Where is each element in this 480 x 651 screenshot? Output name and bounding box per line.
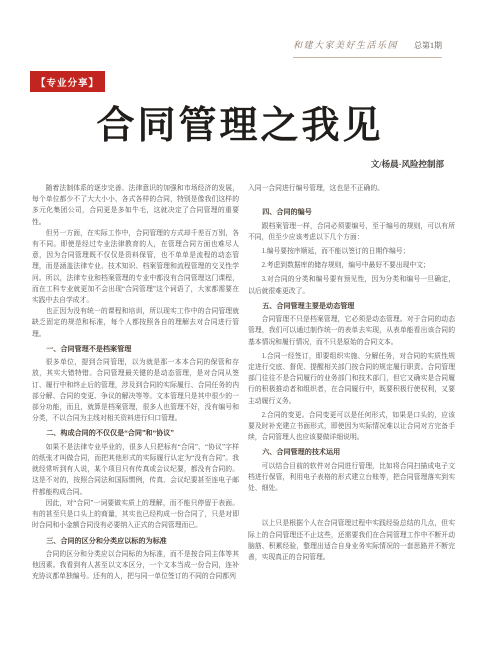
right-column: 入同一合同进行编号管理，这也是不正确的。 四、合同的编号 跟档案管理一样，合同必… [248,183,455,583]
body-paragraph: 可以结合目前的软件对合同进行管理，比如将合同扫描成电子文档进行保管，利用电子表格… [248,461,455,495]
body-paragraph: 很多单位，提到合同管理，以为就是那一本本合同的保管和存放，其实大错特错。合同管理… [32,357,239,424]
left-column: 随着法制体系的逐步完善、法律意识的加强和市场经济的发展，每个单位都少不了大大小小… [32,183,239,583]
masthead: 和建大家美好生活乐园 总第1期 [293,35,442,58]
byline: 文/杨晨·风险控制部 [371,158,444,170]
magazine-page: 和建大家美好生活乐园 总第1期 【专业分享】 合同管理之我见 文/杨晨·风险控制… [0,0,480,651]
numbered-item: 1.合同一经签订，即要组织实施、分解任务，对合同的实质性规定进行交底、督促、提醒… [248,351,455,407]
masthead-calligraphy: 和建大家美好生活乐园 [293,40,398,50]
body-paragraph: 因此，对“合同”一词要做实质上的理解，而不能只停留于表面。有的甚至只是口头上的商… [32,498,239,532]
section-heading: 五、合同管理主要是动态管理 [248,301,455,312]
numbered-item: 2.考虑到数据库的储存规则，编号中最好不要出现中文； [248,260,455,271]
section-badge: 【专业分享】 [30,71,105,92]
numbered-item: 3.对合同的分类和编号要有预见性，因为分类和编号一旦确定，以后就很难更改了。 [248,274,455,296]
body-paragraph-continuation: 入同一合同进行编号管理，这也是不正确的。 [248,183,455,194]
body-paragraph: 合同管理不只是档案管理，它必须是动态管理。对于合同的动态管理，我们可以通过制作统… [248,314,455,348]
section-heading: 三、合同的区分和分类应以标的为标准 [32,536,239,547]
body-paragraph: 合同的区分和分类应以合同标的为标准，而不是按合同主体等其他因素。我看到有人甚至以… [32,549,239,583]
section-heading: 一、合同管理不是档案管理 [32,344,239,355]
body-paragraph: 如果不是法律专业毕业的，很多人只把标有“合同”、“协议”字样的纸张才叫做合同，而… [32,442,239,498]
body-paragraph: 但另一方面，在实际工作中，合同管理的方式却千差百万别，各有不同。即使是经过专业法… [32,228,239,306]
numbered-item: 2.合同的变更。合同变更可以是任何形式，如果是口头的，应该要及时补充建立书面形式… [248,410,455,444]
section-heading: 六、合同管理的技术运用 [248,447,455,458]
body-paragraph: 跟档案管理一样，合同必须要编号，至于编号的规则，可以有所不同，但至少应该考虑以下… [248,221,455,243]
body-paragraph: 也正因为没有统一的课程和培训，所以现实工作中的合同管理就缺乏固定的规范和标准，每… [32,306,239,340]
article-title: 合同管理之我见 [0,94,480,149]
closing-paragraph: 以上只是根据个人在合同管理过程中实践经验总结的几点，但实际上的合同管理还不止这些… [248,518,455,563]
section-heading: 四、合同的编号 [248,207,455,218]
body-paragraph: 随着法制体系的逐步完善、法律意识的加强和市场经济的发展，每个单位都少不了大大小小… [32,183,239,228]
issue-number: 总第1期 [414,41,442,50]
section-heading: 二、构成合同的不仅仅是“合同”和“协议” [32,428,239,439]
numbered-item: 1.编号要按序顺延，而不能以签订的日期作编号； [248,246,455,257]
article-body: 随着法制体系的逐步完善、法律意识的加强和市场经济的发展，每个单位都少不了大大小小… [32,183,455,583]
masthead-rule: 和建大家美好生活乐园 总第1期 [293,35,442,58]
